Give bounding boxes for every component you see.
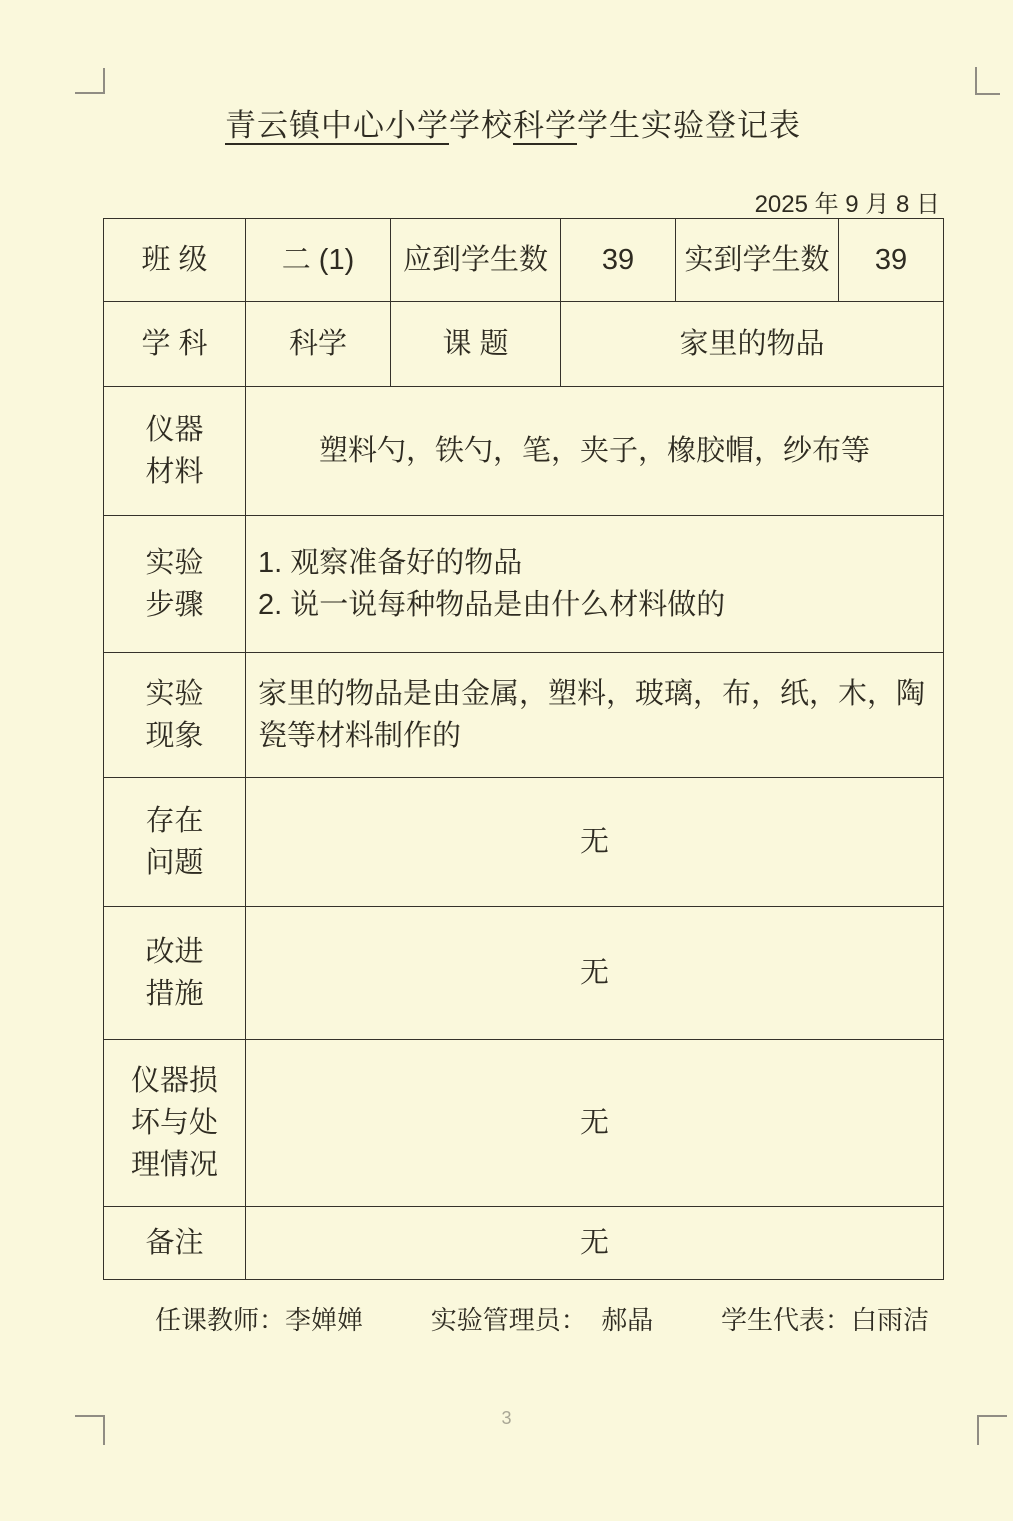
row-problems: 存在 问题 无: [104, 778, 944, 907]
subject-name: 科学: [513, 108, 577, 143]
row-class: 班 级 二 (1) 应到学生数 39 实到学生数 39: [104, 219, 944, 302]
form-title: 青云镇中心小学学校科学学生实验登记表: [63, 100, 963, 145]
subject-value-cell: 科学: [246, 302, 391, 387]
improvement-label-cell: 改进 措施: [104, 907, 246, 1040]
class-value-cell: 二 (1): [246, 219, 391, 302]
school-name: 青云镇中心小学: [225, 108, 449, 143]
remarks-value-cell: 无: [246, 1207, 944, 1280]
page-margin-mark-top-right: [975, 67, 1000, 95]
damage-label-cell: 仪器损 坏与处 理情况: [104, 1040, 246, 1207]
problems-value-cell: 无: [246, 778, 944, 907]
registration-table: 班 级 二 (1) 应到学生数 39 实到学生数 39 学 科 科学 课 题 家…: [103, 218, 944, 1280]
experiment-registration-form: 青云镇中心小学学校科学学生实验登记表 2025 年 9 月 8 日 班 级 二 …: [0, 0, 1013, 1521]
steps-label-cell: 实验 步骤: [104, 516, 246, 653]
actual-students-value-cell: 39: [839, 219, 944, 302]
expected-students-label-cell: 应到学生数: [391, 219, 561, 302]
class-label-cell: 班 级: [104, 219, 246, 302]
phenomenon-value-cell: 家里的物品是由金属，塑料，玻璃，布，纸，木，陶瓷等材料制作的: [246, 653, 944, 778]
steps-value-cell: 1. 观察准备好的物品 2. 说一说每种物品是由什么材料做的: [246, 516, 944, 653]
student-representative-signature: 学生代表：白雨洁: [721, 1300, 929, 1337]
expected-students-value-cell: 39: [561, 219, 676, 302]
equipment-label-cell: 仪器 材料: [104, 387, 246, 516]
actual-students-label-cell: 实到学生数: [676, 219, 839, 302]
row-damage: 仪器损 坏与处 理情况 无: [104, 1040, 944, 1207]
title-rest: 学生实验登记表: [577, 108, 801, 143]
row-steps: 实验 步骤 1. 观察准备好的物品 2. 说一说每种物品是由什么材料做的: [104, 516, 944, 653]
school-word: 学校: [449, 108, 513, 143]
page-number: 3: [0, 1408, 1013, 1429]
page-margin-mark-top-left: [75, 68, 105, 94]
form-date: 2025 年 9 月 8 日: [755, 184, 940, 219]
improvement-value-cell: 无: [246, 907, 944, 1040]
topic-label-cell: 课 题: [391, 302, 561, 387]
topic-value-cell: 家里的物品: [561, 302, 944, 387]
row-remarks: 备注 无: [104, 1207, 944, 1280]
row-equipment: 仪器 材料 塑料勺，铁勺，笔，夹子，橡胶帽，纱布等: [104, 387, 944, 516]
signature-line: 任课教师：李婵婵 实验管理员： 郝晶 学生代表：白雨洁: [103, 1300, 943, 1337]
subject-label-cell: 学 科: [104, 302, 246, 387]
row-phenomenon: 实验 现象 家里的物品是由金属，塑料，玻璃，布，纸，木，陶瓷等材料制作的: [104, 653, 944, 778]
equipment-value-cell: 塑料勺，铁勺，笔，夹子，橡胶帽，纱布等: [246, 387, 944, 516]
row-subject: 学 科 科学 课 题 家里的物品: [104, 302, 944, 387]
problems-label-cell: 存在 问题: [104, 778, 246, 907]
teacher-signature: 任课教师：李婵婵: [155, 1300, 363, 1337]
phenomenon-label-cell: 实验 现象: [104, 653, 246, 778]
damage-value-cell: 无: [246, 1040, 944, 1207]
remarks-label-cell: 备注: [104, 1207, 246, 1280]
lab-manager-signature: 实验管理员： 郝晶: [431, 1300, 653, 1337]
row-improvement: 改进 措施 无: [104, 907, 944, 1040]
